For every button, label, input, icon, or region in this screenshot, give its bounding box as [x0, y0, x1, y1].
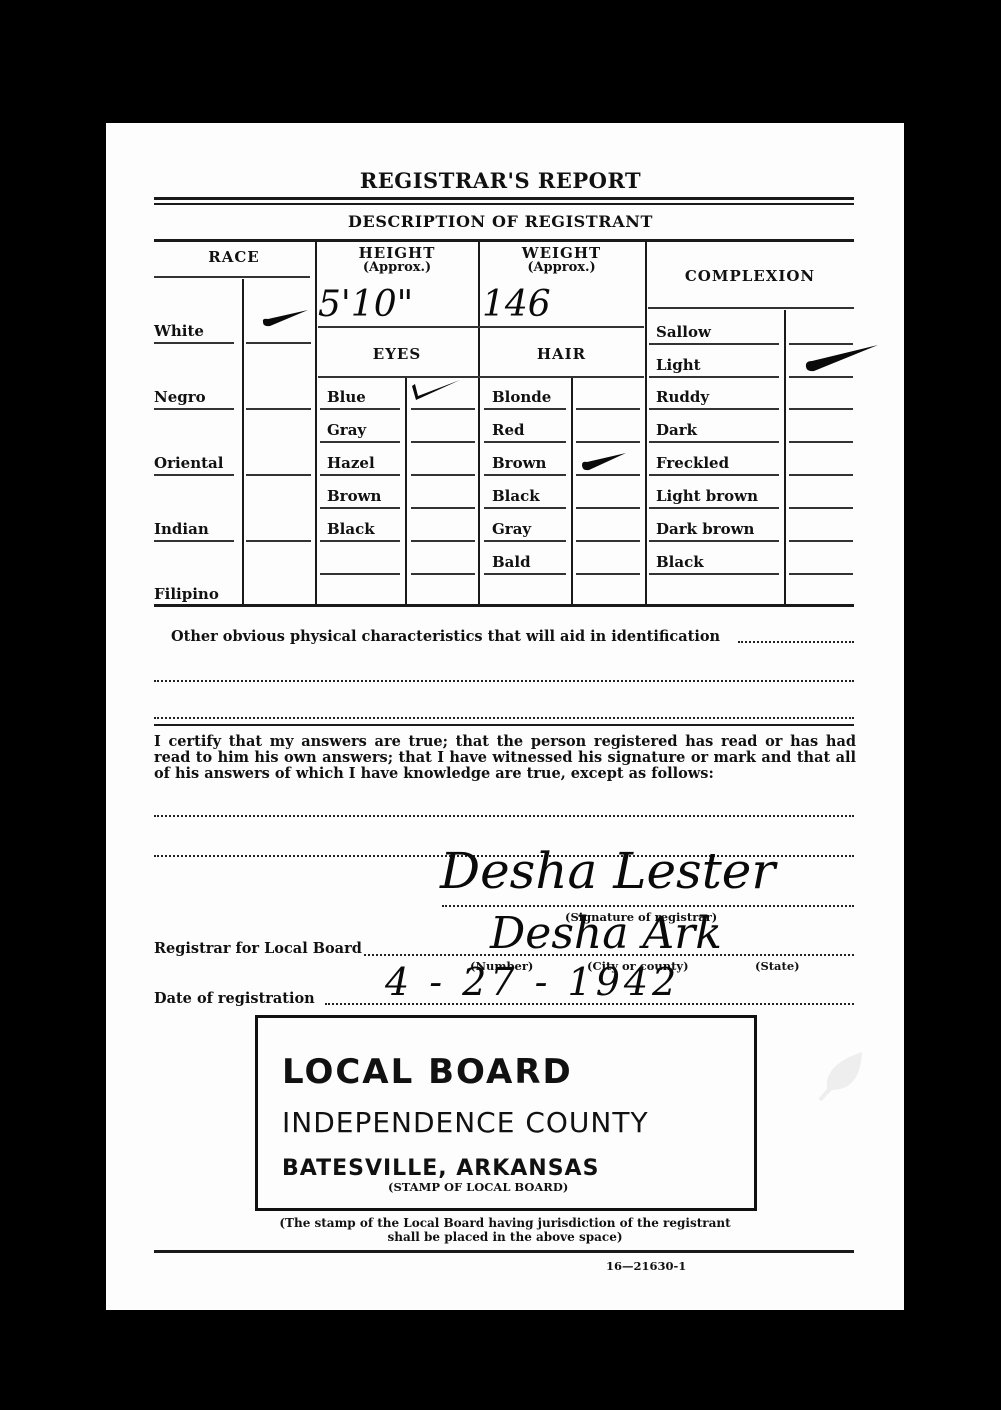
row-rule — [649, 573, 779, 575]
row-rule — [789, 540, 853, 542]
row-rule — [484, 540, 566, 542]
row-rule — [154, 342, 234, 344]
other-characteristics-label: Other obvious physical characteristics t… — [171, 628, 720, 645]
stamp-caption: (STAMP OF LOCAL BOARD) — [388, 1180, 568, 1194]
complexion-light: Light — [656, 356, 701, 374]
row-rule — [649, 376, 779, 378]
row-rule — [484, 573, 566, 575]
stamp-note-line-2: shall be placed in the above space) — [154, 1230, 856, 1244]
weight-divider — [478, 242, 480, 604]
complexion-header-rule — [648, 307, 854, 309]
row-rule — [154, 408, 234, 410]
race-white-checkmark-icon — [260, 306, 312, 328]
hair-bald: Bald — [492, 553, 531, 571]
row-rule — [789, 376, 853, 378]
document-title: REGISTRAR'S REPORT — [0, 168, 1001, 193]
row-rule — [154, 540, 234, 542]
row-rule — [789, 441, 853, 443]
row-rule — [649, 441, 779, 443]
complexion-header: COMPLEXION — [646, 267, 854, 285]
row-rule — [411, 507, 475, 509]
race-negro: Negro — [154, 388, 206, 406]
eyes-blue: Blue — [327, 388, 366, 406]
race-check-divider — [242, 279, 244, 604]
eyes-blue-checkmark-icon — [408, 378, 464, 406]
signature-line[interactable] — [442, 905, 854, 907]
local-board-value: Desha Ark — [490, 908, 722, 959]
complexion-sallow: Sallow — [656, 323, 711, 341]
complexion-divider — [645, 242, 647, 604]
race-filipino: Filipino — [154, 585, 219, 603]
height-value: 5'10" — [318, 284, 413, 325]
row-rule — [649, 507, 779, 509]
row-rule — [320, 540, 400, 542]
hair-black: Black — [492, 487, 540, 505]
row-rule — [789, 474, 853, 476]
footer-rule — [154, 1250, 854, 1253]
row-rule — [484, 408, 566, 410]
row-rule — [576, 573, 640, 575]
row-rule — [411, 408, 475, 410]
date-value: 4 - 27 - 1942 — [385, 960, 680, 1004]
complexion-ruddy: Ruddy — [656, 388, 709, 406]
other-characteristics-line-2[interactable] — [154, 680, 854, 682]
row-rule — [411, 573, 475, 575]
stamp-line-2: INDEPENDENCE COUNTY — [282, 1106, 649, 1139]
stamp-note: (The stamp of the Local Board having jur… — [154, 1216, 856, 1244]
row-rule — [320, 408, 400, 410]
stamp-line-3: BATESVILLE, ARKANSAS — [282, 1156, 599, 1181]
row-rule — [484, 441, 566, 443]
row-rule — [484, 474, 566, 476]
row-rule — [649, 540, 779, 542]
hair-brown: Brown — [492, 454, 546, 472]
eyes-gray: Gray — [327, 421, 366, 439]
row-rule — [411, 540, 475, 542]
complexion-freckled: Freckled — [656, 454, 729, 472]
row-rule — [320, 507, 400, 509]
other-characteristics-line-3[interactable] — [154, 717, 854, 719]
height-header: HEIGHT (Approx.) — [316, 246, 478, 274]
complexion-light-checkmark-icon — [804, 343, 880, 373]
hair-gray: Gray — [492, 520, 531, 538]
race-oriental: Oriental — [154, 454, 223, 472]
weight-value: 146 — [482, 284, 551, 325]
height-weight-rule — [318, 326, 644, 328]
row-rule — [789, 507, 853, 509]
other-characteristics-field[interactable] — [738, 641, 854, 643]
row-rule — [246, 408, 311, 410]
complexion-light-brown: Light brown — [656, 487, 758, 505]
section-subtitle: DESCRIPTION OF REGISTRANT — [0, 212, 1001, 231]
stamp-line-1: LOCAL BOARD — [282, 1052, 573, 1092]
row-rule — [320, 573, 400, 575]
eyes-hair-header-rule — [318, 376, 644, 378]
hair-brown-checkmark-icon — [580, 451, 628, 473]
row-rule — [789, 408, 853, 410]
weight-header-sub: (Approx.) — [479, 261, 644, 274]
complexion-dark-brown: Dark brown — [656, 520, 754, 538]
registrar-signature: Desha Lester — [440, 842, 775, 900]
race-header-rule — [154, 276, 310, 278]
hair-red: Red — [492, 421, 525, 439]
eyes-check-divider — [405, 378, 407, 604]
row-rule — [576, 540, 640, 542]
eyes-black: Black — [327, 520, 375, 538]
local-board-stamp: LOCAL BOARD INDEPENDENCE COUNTY BATESVIL… — [255, 1015, 757, 1211]
title-rule-2 — [154, 203, 854, 205]
exceptions-line-1[interactable] — [154, 815, 854, 817]
hair-check-divider — [571, 378, 573, 604]
race-indian: Indian — [154, 520, 209, 538]
eyes-brown: Brown — [327, 487, 381, 505]
row-rule — [411, 474, 475, 476]
row-rule — [576, 507, 640, 509]
leaf-watermark-icon — [812, 1046, 868, 1102]
eyes-header: EYES — [316, 345, 478, 363]
row-rule — [649, 408, 779, 410]
row-rule — [246, 342, 311, 344]
complexion-dark: Dark — [656, 421, 697, 439]
row-rule — [576, 408, 640, 410]
row-rule — [576, 474, 640, 476]
eyes-hazel: Hazel — [327, 454, 375, 472]
section-rule — [154, 724, 854, 726]
row-rule — [411, 441, 475, 443]
stamp-note-line-1: (The stamp of the Local Board having jur… — [154, 1216, 856, 1230]
row-rule — [154, 474, 234, 476]
race-header: RACE — [154, 248, 314, 266]
complexion-black: Black — [656, 553, 704, 571]
date-label: Date of registration — [154, 990, 315, 1007]
row-rule — [246, 540, 311, 542]
hair-blonde: Blonde — [492, 388, 551, 406]
title-rule — [154, 197, 854, 200]
row-rule — [320, 441, 400, 443]
race-white: White — [154, 322, 204, 340]
row-rule — [320, 474, 400, 476]
state-caption: (State) — [755, 959, 800, 973]
row-rule — [246, 474, 311, 476]
row-rule — [649, 343, 779, 345]
form-number: 16—21630-1 — [606, 1259, 686, 1273]
complexion-check-divider — [784, 310, 786, 604]
row-rule — [649, 474, 779, 476]
row-rule — [789, 573, 853, 575]
table-bottom-rule — [154, 604, 854, 607]
row-rule — [484, 507, 566, 509]
registrar-label: Registrar for Local Board — [154, 940, 362, 957]
row-rule — [576, 441, 640, 443]
height-divider — [315, 242, 317, 604]
certification-text: I certify that my answers are true; that… — [154, 734, 856, 782]
weight-header: WEIGHT (Approx.) — [479, 246, 644, 274]
hair-header: HAIR — [479, 345, 644, 363]
height-header-sub: (Approx.) — [316, 261, 478, 274]
table-top-rule — [154, 239, 854, 242]
